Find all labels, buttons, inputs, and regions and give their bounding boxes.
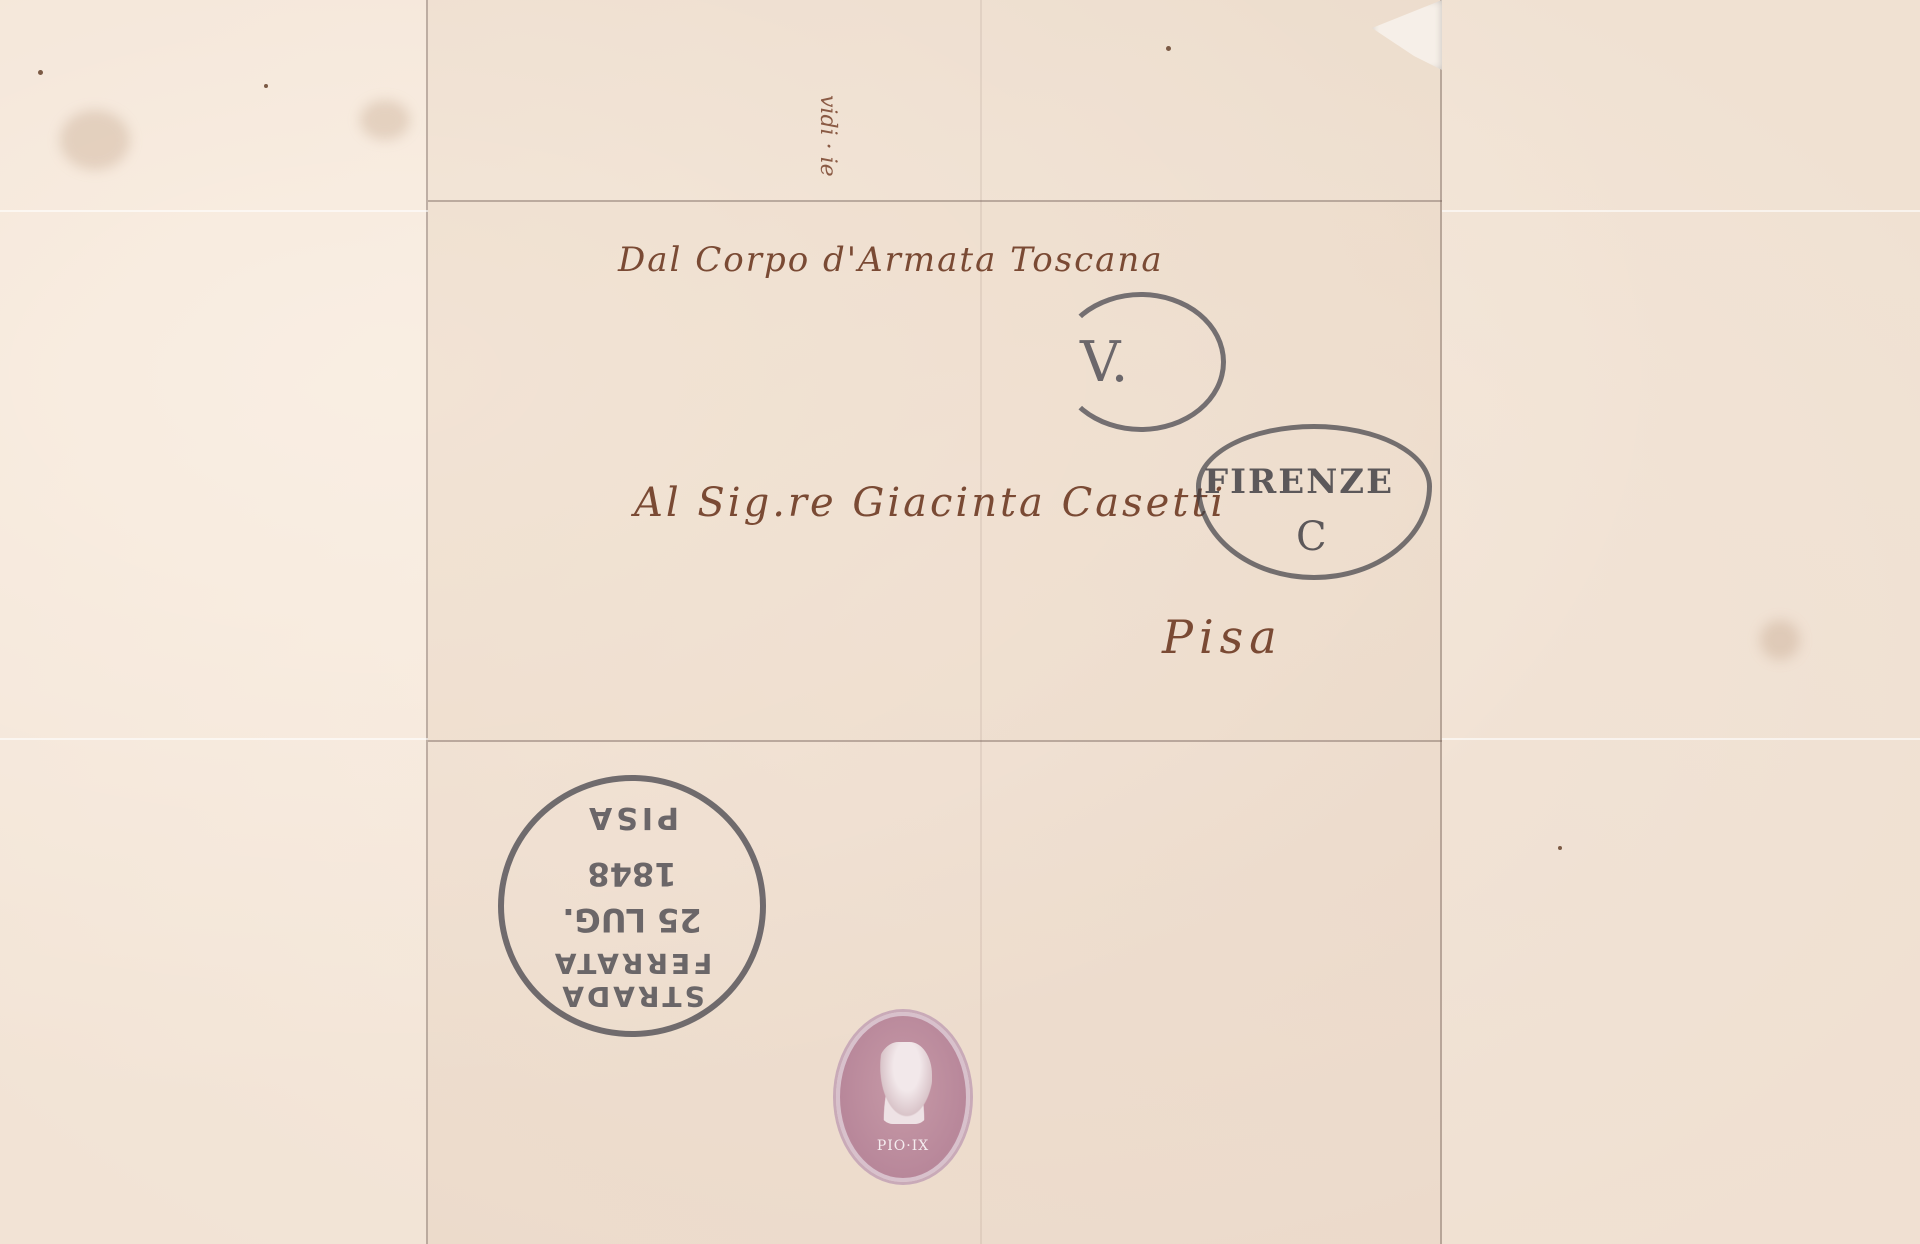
fold-line-center <box>980 0 982 1244</box>
fold-line-top <box>428 200 1442 202</box>
circular-postmark: STRADA FERRATA 25 LUG. 1848 PISA <box>498 775 766 1037</box>
stain <box>60 110 130 170</box>
crease <box>1442 210 1920 212</box>
fold-line-left <box>426 0 428 1244</box>
postmark-date: 25 LUG. <box>504 901 760 939</box>
postmark-bottom-text: PISA <box>504 800 760 835</box>
fold-line-bottom <box>428 740 1442 742</box>
crease <box>0 738 428 740</box>
letter-sheet: vidi · ie Dal Corpo d'Armata Toscana Al … <box>0 0 1920 1244</box>
spot <box>1166 46 1171 51</box>
right-flap <box>1442 0 1920 1244</box>
stain <box>1760 620 1800 660</box>
crease <box>1442 738 1920 740</box>
heart-handstamp-text: FIRENZE <box>1204 462 1394 502</box>
stain <box>360 100 410 140</box>
destination-city: Pisa <box>1162 610 1283 664</box>
spot <box>264 84 268 88</box>
sender-line: Dal Corpo d'Armata Toscana <box>618 240 1164 280</box>
papal-wafer-seal: PIO·IX <box>836 1012 970 1182</box>
spot <box>38 70 43 75</box>
bust-icon <box>876 1042 932 1124</box>
top-flap <box>428 0 1442 202</box>
margin-fragments: vidi · ie <box>815 95 840 177</box>
postmark-top-text: STRADA FERRATA <box>504 947 760 1013</box>
crease <box>0 210 428 212</box>
spot <box>1558 846 1562 850</box>
fold-line-right <box>1440 0 1442 1244</box>
seal-legend: PIO·IX <box>840 1138 966 1154</box>
heart-handstamp-sub: C <box>1296 514 1327 560</box>
oval-handstamp-text: V. <box>1080 330 1128 395</box>
address-line: Al Sig.re Giacinta Casetti <box>634 480 1226 526</box>
postmark-year: 1848 <box>504 855 760 893</box>
left-flap <box>0 0 428 1244</box>
